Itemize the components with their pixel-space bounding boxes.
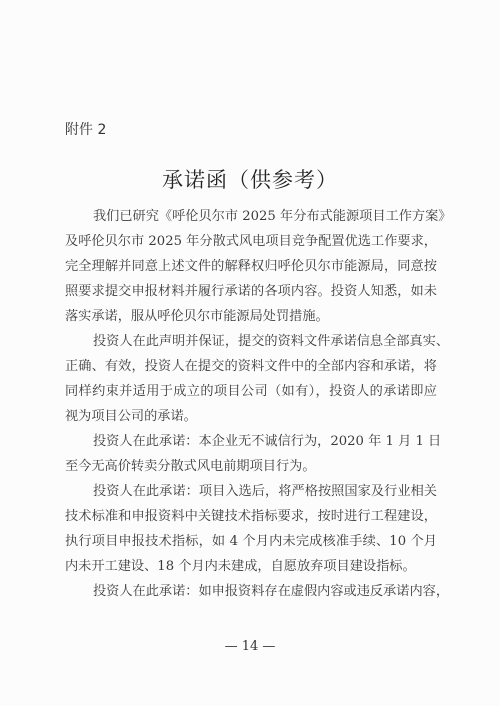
paragraph-5-line-1: 投资人在此承诺：如申报资料存在虚假内容或违反承诺内容，	[93, 583, 437, 601]
paragraph-1-line-1: 我们已研究《呼伦贝尔市 2025 年分布式能源项目工作方案》	[93, 208, 437, 226]
paragraph-4-line-2: 技术标准和申报资料中关键技术指标要求，按时进行工程建设，	[65, 508, 437, 526]
paragraph-4-line-4: 内未开工建设、18 个月内未建成，自愿放弃项目建设指标。	[65, 558, 437, 576]
paragraph-1-line-3: 完全理解并同意上述文件的解释权归呼伦贝尔市能源局，同意按	[65, 258, 437, 276]
paragraph-2-line-4: 视为项目公司的承诺。	[65, 408, 437, 426]
page-number: — 14 —	[0, 639, 500, 654]
paragraph-4-line-3: 执行项目申报技术指标，如 4 个月内未完成核准手续、10 个月	[65, 533, 437, 551]
paragraph-1-line-2: 及呼伦贝尔市 2025 年分散式风电项目竞争配置优选工作要求，	[65, 233, 437, 251]
paragraph-2-line-1: 投资人在此声明并保证，提交的资料文件承诺信息全部真实、	[93, 333, 437, 351]
paragraph-2-line-2: 正确、有效，投资人在提交的资料文件中的全部内容和承诺，将	[65, 358, 437, 376]
paragraph-4-line-1: 投资人在此承诺：项目入选后，将严格按照国家及行业相关	[93, 483, 437, 501]
attachment-label: 附件 2	[65, 119, 106, 139]
paragraph-1-line-4: 照要求提交申报材料并履行承诺的各项内容。投资人知悉，如未	[65, 283, 437, 301]
paragraph-2-line-3: 同样约束并适用于成立的项目公司（如有），投资人的承诺即应	[65, 383, 437, 401]
paragraph-1-line-5: 落实承诺，服从呼伦贝尔市能源局处罚措施。	[65, 308, 437, 326]
paragraph-3-line-1: 投资人在此承诺：本企业无不诚信行为，2020 年 1 月 1 日	[93, 433, 437, 451]
document-page: 附件 2 承诺函（供参考） 我们已研究《呼伦贝尔市 2025 年分布式能源项目工…	[0, 0, 500, 706]
document-title: 承诺函（供参考）	[0, 164, 500, 194]
paragraph-3-line-2: 至今无高价转卖分散式风电前期项目行为。	[65, 458, 437, 476]
